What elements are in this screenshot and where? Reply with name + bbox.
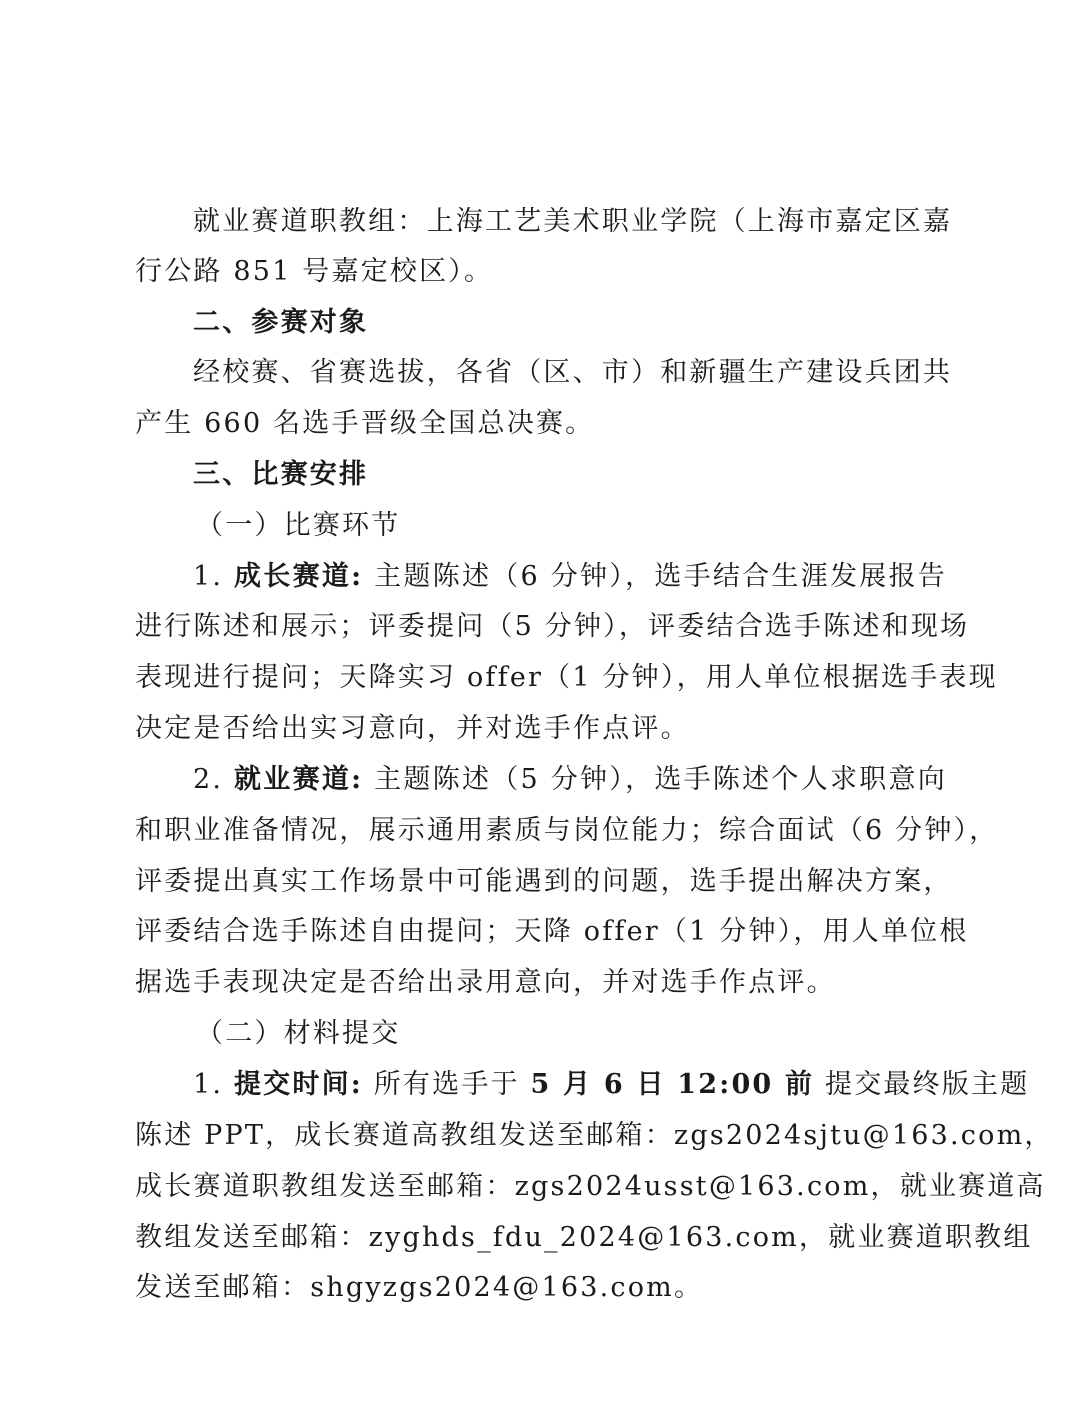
participants-line-1: 经校赛、省赛选拔，各省（区、市）和新疆生产建设兵团共 [193,353,947,393]
employment-track-line-4: 评委结合选手陈述自由提问；天降 offer（1 分钟），用人单位根 [135,912,947,952]
submission-time-title: 提交时间: [234,1069,363,1100]
section-heading-participants: 二、参赛对象 [193,303,947,343]
document-page: 就业赛道职教组：上海工艺美术职业学院（上海市嘉定区嘉 行公路 851 号嘉定校区… [0,0,1080,1422]
growth-track-line-3: 表现进行提问；天降实习 offer（1 分钟），用人单位根据选手表现 [135,658,947,698]
submission-line-5: 发送至邮箱：shgyzgs2024@163.com。 [135,1268,947,1308]
employment-track-text: 主题陈述（5 分钟），选手陈述个人求职意向 [374,764,947,795]
growth-track-text: 主题陈述（6 分钟），选手结合生涯发展报告 [374,561,947,592]
subsection-heading-stages: （一）比赛环节 [196,506,947,546]
employment-track-line-2: 和职业准备情况，展示通用素质与岗位能力；综合面试（6 分钟）， [135,811,947,851]
employment-track-line-5: 据选手表现决定是否给出录用意向，并对选手作点评。 [135,963,947,1003]
submission-text-a: 所有选手于 [374,1069,520,1100]
submission-deadline: 5 月 6 日 12:00 前 [531,1069,815,1100]
growth-track-line-2: 进行陈述和展示；评委提问（5 分钟），评委结合选手陈述和现场 [135,607,947,647]
submission-line-2: 陈述 PPT，成长赛道高教组发送至邮箱：zgs2024sjtu@163.com， [135,1116,947,1156]
item-number: 2. [193,764,223,795]
item-number: 1. [193,561,223,592]
submission-text-b: 提交最终版主题 [825,1069,1029,1100]
submission-line-4: 教组发送至邮箱：zyghds_fdu_2024@163.com，就业赛道职教组 [135,1218,947,1258]
growth-track-line-1: 1. 成长赛道: 主题陈述（6 分钟），选手结合生涯发展报告 [193,557,947,597]
submission-line-3: 成长赛道职教组发送至邮箱：zgs2024usst@163.com，就业赛道高 [135,1167,947,1207]
subsection-heading-materials: （二）材料提交 [196,1014,947,1054]
participants-line-2: 产生 660 名选手晋级全国总决赛。 [135,404,947,444]
intro-line-1: 就业赛道职教组：上海工艺美术职业学院（上海市嘉定区嘉 [193,202,947,242]
growth-track-title: 成长赛道: [234,561,363,592]
intro-line-2: 行公路 851 号嘉定校区）。 [135,252,947,292]
section-heading-schedule: 三、比赛安排 [193,455,947,495]
growth-track-line-4: 决定是否给出实习意向，并对选手作点评。 [135,709,947,749]
submission-line-1: 1. 提交时间: 所有选手于 5 月 6 日 12:00 前 提交最终版主题 [193,1065,947,1105]
employment-track-line-1: 2. 就业赛道: 主题陈述（5 分钟），选手陈述个人求职意向 [193,760,947,800]
employment-track-title: 就业赛道: [234,764,363,795]
item-number: 1. [193,1069,223,1100]
employment-track-line-3: 评委提出真实工作场景中可能遇到的问题，选手提出解决方案， [135,862,947,902]
